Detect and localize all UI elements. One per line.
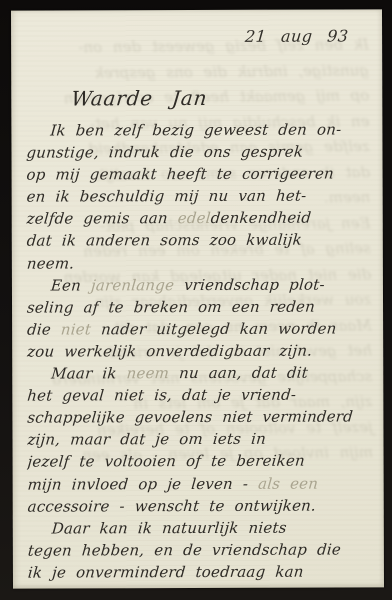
ink-layer: 21 aug 93 Waarde Jan Ik ben zelf bezig g…: [11, 9, 384, 588]
letter-line: seling af te breken om een reden: [26, 295, 380, 318]
letter-line: Daar kan ik natuurlijk niets: [27, 516, 381, 539]
letter-line: tegen hebben, en de vriendschap die: [27, 538, 381, 561]
letter-text: ik je onverminderd toedraag kan: [27, 563, 304, 582]
letter-line: schappelijke gevoelens niet verminderd: [26, 406, 380, 429]
letter-text: en ik beschuldig mij nu van het-: [26, 187, 307, 206]
letter-text: jezelf te voltooien of te bereiken: [27, 452, 306, 471]
letter-line: ik je onverminderd toedraag kan: [27, 560, 381, 583]
letter-line: neem.: [26, 251, 380, 274]
letter-line: accessoire - wenscht te ontwijken.: [27, 494, 381, 517]
letter-salutation: Waarde Jan: [70, 86, 208, 110]
letter-text: schappelijke gevoelens niet verminderd: [27, 408, 354, 427]
letter-date: 21 aug 93: [244, 26, 349, 45]
letter-text: dat ik anderen soms zoo kwalijk: [26, 231, 303, 250]
letter-text: zelfde gemis aan: [26, 209, 179, 228]
letter-line: gunstige, indruk die ons gesprek: [26, 140, 380, 163]
letter-text: Ik ben zelf bezig geweest den on-: [50, 120, 342, 139]
letter-text: op mij gemaakt heeft te corrigeeren: [26, 165, 335, 184]
letter-text: neem.: [26, 254, 75, 272]
letter-text: zijn, maar dat je om iets in: [27, 430, 267, 449]
letter-text: Daar kan ik natuurlijk niets: [51, 518, 287, 537]
letter-line: zou werkelijk onverdedigbaar zijn.: [26, 339, 380, 362]
faded-word: niet: [60, 320, 92, 338]
letter-text: nu aan, dat dit: [168, 364, 308, 382]
faded-word: als een: [257, 474, 319, 492]
letter-body: Ik ben zelf bezig geweest den on-gunstig…: [26, 118, 380, 583]
letter-text: nader uitgelegd kan worden: [90, 319, 337, 338]
letter-text: tegen hebben, en de vriendschap die: [27, 540, 342, 559]
letter-line: op mij gemaakt heeft te corrigeeren: [26, 163, 380, 186]
letter-text: mijn invloed op je leven -: [27, 474, 259, 493]
letter-text: accessoire - wenscht te ontwijken.: [27, 496, 317, 515]
letter-line: zijn, maar dat je om iets in: [27, 428, 381, 451]
faded-word: jarenlange: [90, 276, 175, 294]
faded-word: neem: [126, 364, 170, 382]
letter-line: jezelf te voltooien of te bereiken: [27, 450, 381, 473]
letter-text: Een: [50, 276, 92, 294]
letter-text: die: [26, 320, 61, 338]
letter-text: gunstige, indruk die ons gesprek: [26, 143, 304, 162]
letter-line: die niet nader uitgelegd kan worden: [26, 317, 380, 340]
letter-line: het geval niet is, dat je vriend-: [26, 383, 380, 406]
letter-text: vriendschap plot-: [173, 275, 325, 294]
letter-text: denkendheid: [210, 209, 312, 227]
letter-line: Maar ik neem nu aan, dat dit: [26, 361, 380, 384]
letter-line: zelfde gemis aan edeldenkendheid: [26, 207, 380, 230]
letter-line: Ik ben zelf bezig geweest den on-: [25, 118, 379, 141]
letter-text: Maar ik: [51, 364, 128, 382]
letter-text: seling af te breken om een reden: [26, 297, 315, 316]
letter-paper: Ik ben zelf bezig geweest den on-gunstig…: [11, 9, 384, 588]
letter-text: het geval niet is, dat je vriend-: [27, 386, 297, 405]
letter-line: en ik beschuldig mij nu van het-: [26, 185, 380, 208]
letter-photo: Ik ben zelf bezig geweest den on-gunstig…: [0, 0, 392, 600]
faded-word: edel: [177, 209, 211, 227]
letter-line: mijn invloed op je leven - als een: [27, 472, 381, 495]
letter-line: dat ik anderen soms zoo kwalijk: [26, 229, 380, 252]
letter-line: Een jarenlange vriendschap plot-: [26, 273, 380, 296]
letter-text: zou werkelijk onverdedigbaar zijn.: [26, 342, 313, 361]
